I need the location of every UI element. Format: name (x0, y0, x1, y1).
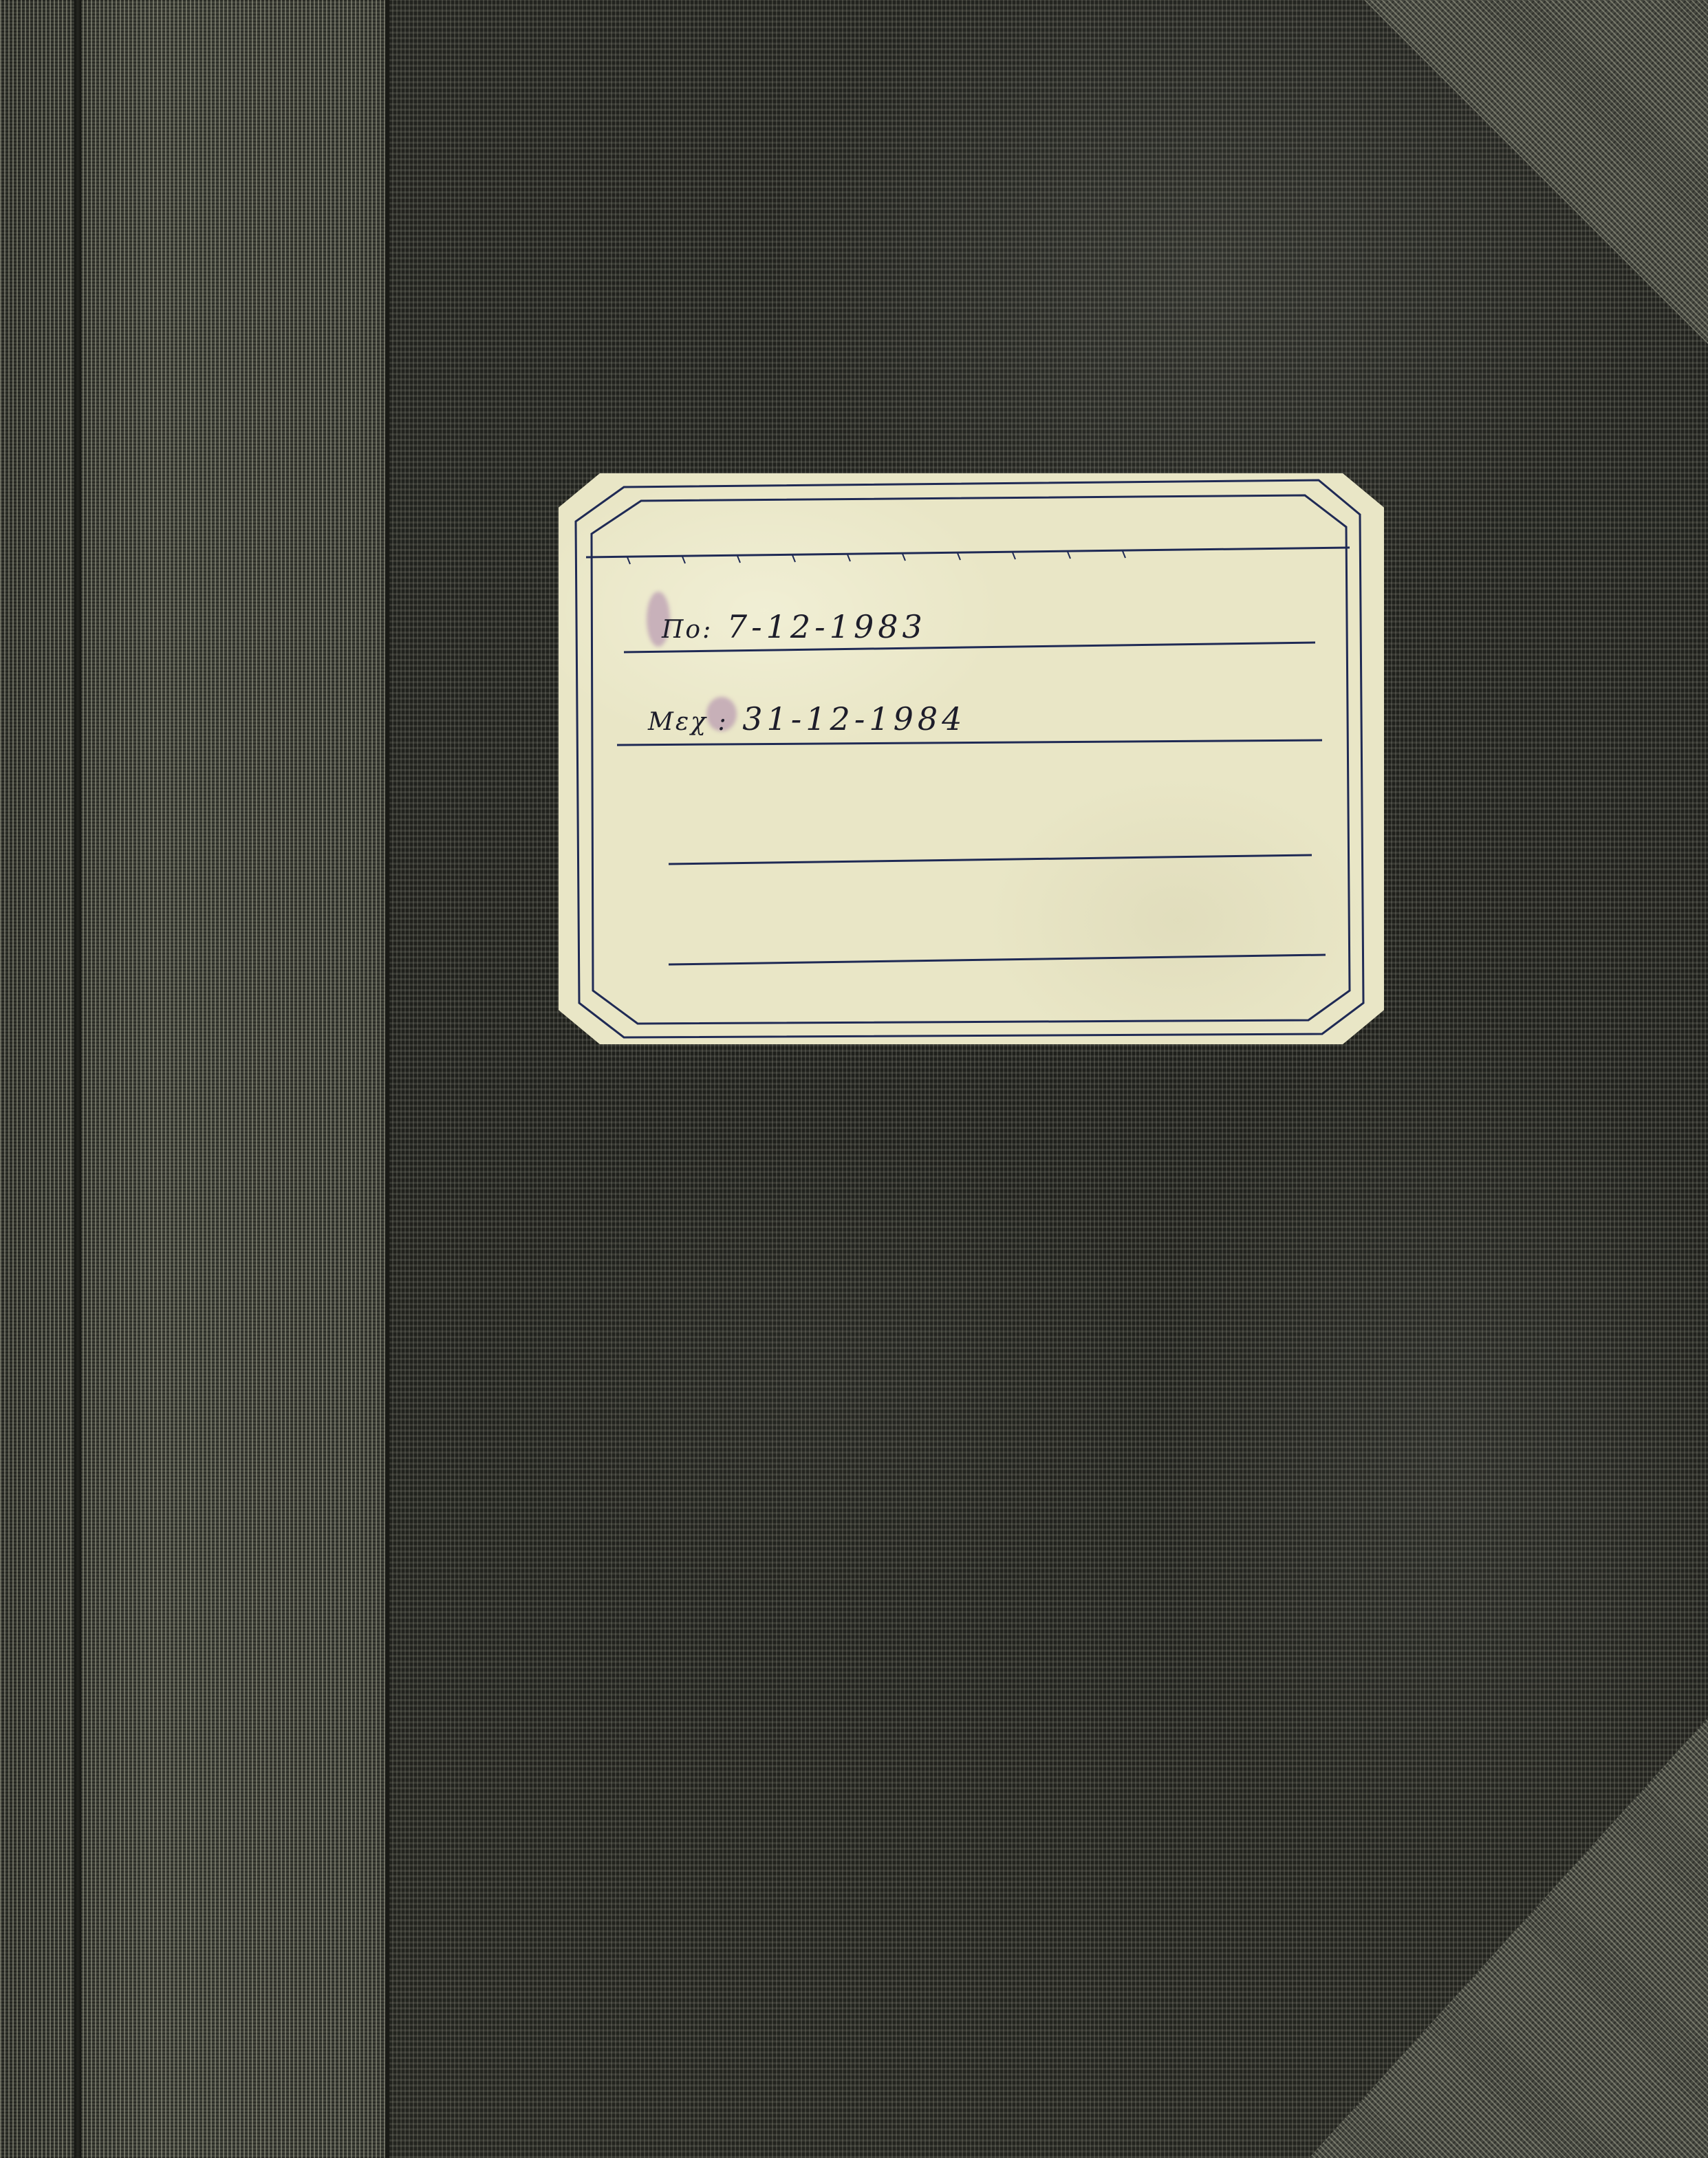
spine-hinge-groove (74, 0, 81, 2158)
field-from-prefix: Πο: (662, 616, 713, 644)
field-to-date: 31-12-1984 (742, 700, 966, 737)
label-field-from: Πο: 7-12-1983 (662, 608, 927, 645)
cover-label: Πο: 7-12-1983 Μεχ : 31-12-1984 (559, 473, 1384, 1044)
book-spine (0, 0, 389, 2158)
ledger-cover: Πο: 7-12-1983 Μεχ : 31-12-1984 (0, 0, 1708, 2158)
label-field-to: Μεχ : 31-12-1984 (648, 700, 966, 737)
label-border-lines (559, 473, 1384, 1044)
field-from-date: 7-12-1983 (727, 608, 927, 645)
field-to-prefix: Μεχ : (648, 708, 728, 736)
